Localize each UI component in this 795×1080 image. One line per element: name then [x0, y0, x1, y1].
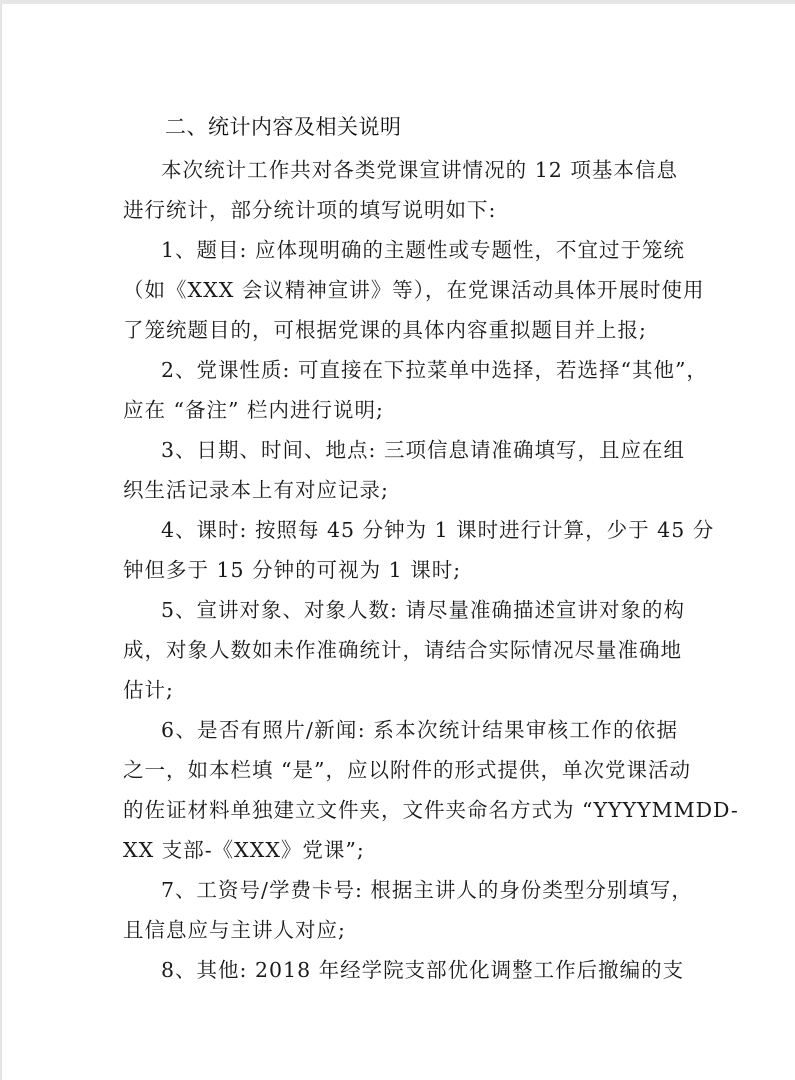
- text-line: 1、题目: 应体现明确的主题性或专题性，不宜过于笼统: [123, 230, 678, 270]
- text-line: （如《XXX 会议精神宣讲》等），在党课活动具体开展时使用: [123, 270, 678, 310]
- section-heading: 二、统计内容及相关说明: [123, 107, 678, 147]
- text-line: 的佐证材料单独建立文件夹，文件夹命名方式为 “YYYYMMDD-: [123, 790, 678, 830]
- document-body: 二、统计内容及相关说明 本次统计工作共对各类党课宣讲情况的 12 项基本信息 进…: [123, 107, 678, 990]
- text-line: 3、日期、时间、地点: 三项信息请准确填写，且应在组: [123, 430, 678, 470]
- text-line: 8、其他: 2018 年经学院支部优化调整工作后撤编的支: [123, 950, 678, 990]
- paragraph-intro: 本次统计工作共对各类党课宣讲情况的 12 项基本信息 进行统计，部分统计项的填写…: [123, 150, 678, 230]
- text-line: 钟但多于 15 分钟的可视为 1 课时;: [123, 550, 678, 590]
- document-page: 二、统计内容及相关说明 本次统计工作共对各类党课宣讲情况的 12 项基本信息 进…: [1, 4, 795, 1080]
- paragraph-item-6-photos: 6、是否有照片/新闻: 系本次统计结果审核工作的依据 之一，如本栏填 “是”，应…: [123, 710, 678, 870]
- paragraph-item-3-datetime: 3、日期、时间、地点: 三项信息请准确填写，且应在组 织生活记录本上有对应记录;: [123, 430, 678, 510]
- text-line: 了笼统题目的，可根据党课的具体内容重拟题目并上报;: [123, 310, 678, 350]
- paragraph-item-4-hours: 4、课时: 按照每 45 分钟为 1 课时进行计算，少于 45 分 钟但多于 1…: [123, 510, 678, 590]
- text-line: 7、工资号/学费卡号: 根据主讲人的身份类型分别填写，: [123, 870, 678, 910]
- text-line: XX 支部-《XXX》党课”;: [123, 830, 678, 870]
- text-line: 4、课时: 按照每 45 分钟为 1 课时进行计算，少于 45 分: [123, 510, 678, 550]
- text-line: 成，对象人数如未作准确统计，请结合实际情况尽量准确地: [123, 630, 678, 670]
- paragraph-item-2-nature: 2、党课性质: 可直接在下拉菜单中选择，若选择“其他”， 应在 “备注” 栏内进…: [123, 350, 678, 430]
- text-line: 应在 “备注” 栏内进行说明;: [123, 390, 678, 430]
- text-line: 2、党课性质: 可直接在下拉菜单中选择，若选择“其他”，: [123, 350, 678, 390]
- text-line: 且信息应与主讲人对应;: [123, 910, 678, 950]
- paragraph-item-5-audience: 5、宣讲对象、对象人数: 请尽量准确描述宣讲对象的构 成，对象人数如未作准确统计…: [123, 590, 678, 710]
- text-line: 织生活记录本上有对应记录;: [123, 470, 678, 510]
- text-line: 之一，如本栏填 “是”，应以附件的形式提供，单次党课活动: [123, 750, 678, 790]
- text-line: 6、是否有照片/新闻: 系本次统计结果审核工作的依据: [123, 710, 678, 750]
- paragraph-item-7-id: 7、工资号/学费卡号: 根据主讲人的身份类型分别填写， 且信息应与主讲人对应;: [123, 870, 678, 950]
- paragraph-item-8-other: 8、其他: 2018 年经学院支部优化调整工作后撤编的支: [123, 950, 678, 990]
- text-line: 估计;: [123, 670, 678, 710]
- paragraph-item-1-title: 1、题目: 应体现明确的主题性或专题性，不宜过于笼统 （如《XXX 会议精神宣讲…: [123, 230, 678, 350]
- text-line: 本次统计工作共对各类党课宣讲情况的 12 项基本信息: [123, 150, 678, 190]
- text-line: 进行统计，部分统计项的填写说明如下:: [123, 190, 678, 230]
- text-line: 5、宣讲对象、对象人数: 请尽量准确描述宣讲对象的构: [123, 590, 678, 630]
